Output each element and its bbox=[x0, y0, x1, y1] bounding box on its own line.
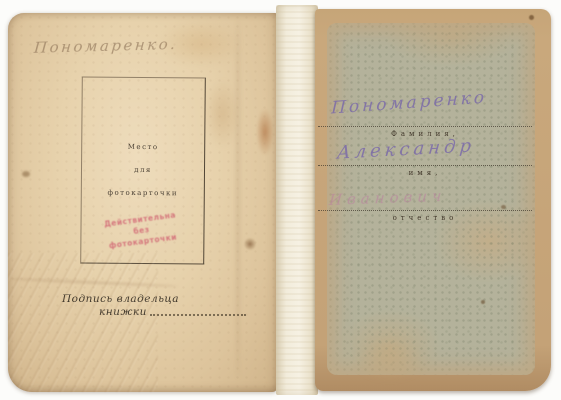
dark-stain bbox=[244, 237, 256, 251]
ink-speck bbox=[529, 15, 534, 20]
validity-stamp: Действительна без фотокарточки bbox=[80, 206, 203, 254]
signature-caption-line1: Подпись владельца bbox=[62, 293, 246, 305]
firstname-dotted-rule bbox=[318, 165, 532, 166]
rust-stain bbox=[256, 108, 274, 156]
patronymic-field-label: отчество bbox=[318, 214, 532, 222]
scanned-booklet-photo: Пономаренко. Место для фотокарточки Дейс… bbox=[0, 0, 561, 400]
photo-box-caption-line1: Место bbox=[82, 135, 204, 159]
vertical-crease bbox=[236, 19, 240, 379]
small-stain bbox=[22, 171, 30, 177]
photo-box-caption-line3: фотокарточки bbox=[82, 181, 204, 205]
box-corner-stain bbox=[204, 79, 240, 149]
photo-box-caption: Место для фотокарточки bbox=[82, 135, 205, 205]
photo-placeholder-box: Место для фотокарточки Действительна без… bbox=[80, 76, 206, 264]
handwritten-surname-pencil: Пономаренко. bbox=[33, 35, 178, 57]
right-page: Пономаренко Фамилия, Александр имя, Иван… bbox=[315, 9, 551, 391]
firstname-field-label: имя, bbox=[318, 169, 532, 177]
surname-dotted-rule bbox=[318, 126, 532, 127]
surname-field-label: Фамилия, bbox=[318, 130, 532, 138]
photo-box-caption-line2: для bbox=[82, 158, 204, 182]
wrinkle-texture bbox=[8, 253, 158, 392]
left-page: Пономаренко. Место для фотокарточки Дейс… bbox=[8, 13, 278, 392]
binding-strip bbox=[276, 5, 318, 395]
signature-caption-line2: книжки bbox=[99, 306, 147, 318]
owner-signature-caption: Подпись владельца книжки bbox=[62, 293, 246, 318]
patronymic-dotted-rule bbox=[318, 210, 532, 211]
signature-dotted-line bbox=[150, 314, 246, 316]
horizontal-crease bbox=[8, 277, 178, 287]
